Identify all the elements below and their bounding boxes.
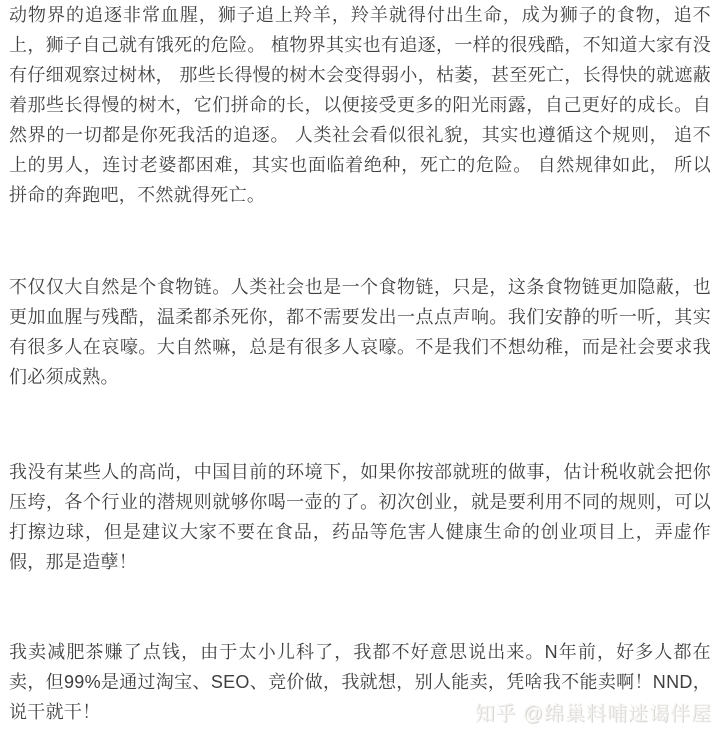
article-body: 动物界的追逐非常血腥，狮子追上羚羊，羚羊就得付出生命，成为狮子的食物，追不上，狮… [0,0,720,727]
zhihu-watermark: 知乎@绵巢料哺迷谒伴屋 [475,701,712,727]
paragraph-animal-pursuit: 动物界的追逐非常血腥，狮子追上羚羊，羚羊就得付出生命，成为狮子的食物，追不上，狮… [9,0,711,210]
zhihu-watermark-brand: 知乎 [475,703,517,725]
zhihu-watermark-handle: @绵巢料哺迷谒伴屋 [523,703,712,725]
paragraph-food-chain: 不仅仅大自然是个食物链。人类社会也是一个食物链，只是，这条食物链更加隐蔽，也更加… [9,272,711,392]
paragraph-business-rules: 我没有某些人的高尚，中国目前的环境下，如果你按部就班的做事，估计税收就会把你压垮… [9,457,711,577]
